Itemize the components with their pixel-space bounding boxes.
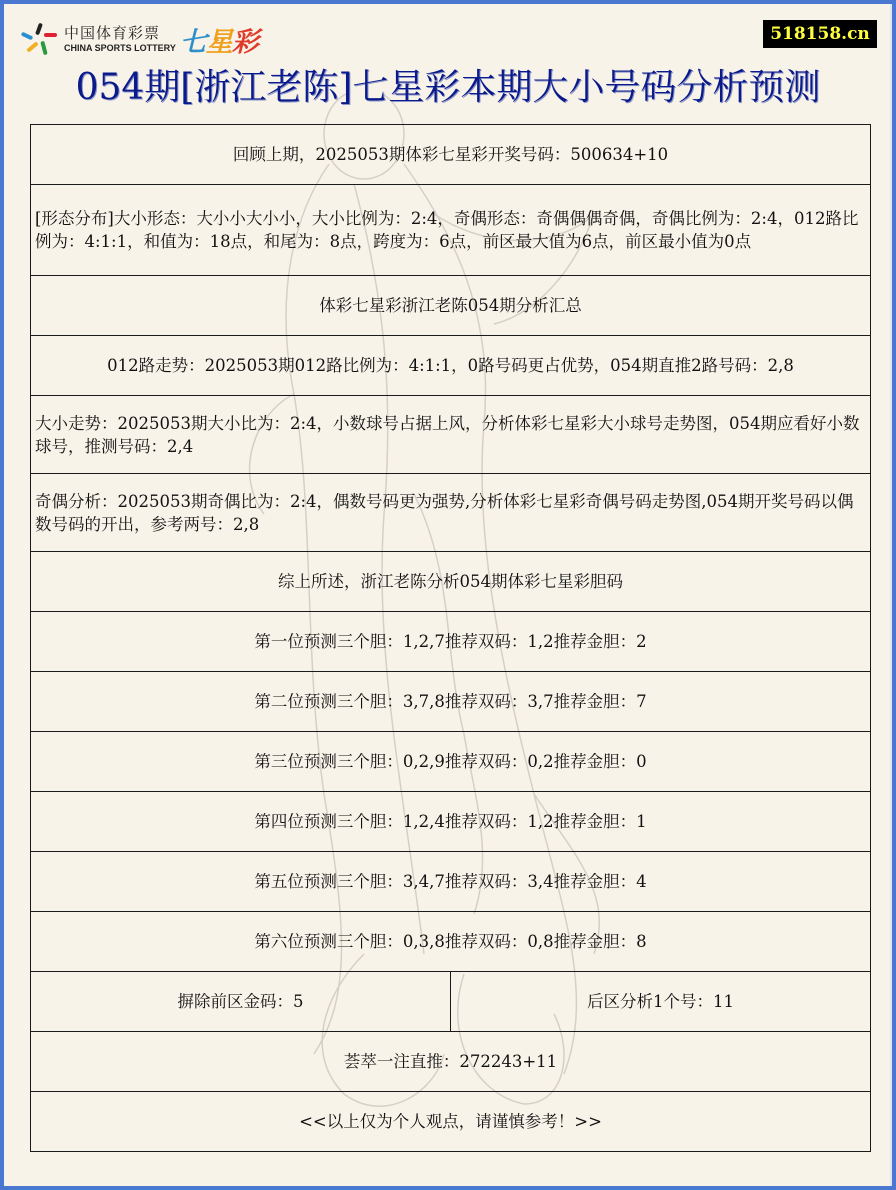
site-badge: 518158.cn	[763, 20, 877, 48]
back-zone-analysis: 后区分析1个号：11	[451, 972, 871, 1032]
table-row: 第三位预测三个胆：0,2,9推荐双码：0,2推荐金胆：0	[31, 732, 871, 792]
position-1-prediction: 第一位预测三个胆：1,2,7推荐双码：1,2推荐金胆：2	[31, 612, 871, 672]
table-row: <<以上仅为个人观点，请谨慎参考！>>	[31, 1092, 871, 1152]
table-row: 回顾上期，2025053期体彩七星彩开奖号码：500634+10	[31, 125, 871, 185]
position-4-prediction: 第四位预测三个胆：1,2,4推荐双码：1,2推荐金胆：1	[31, 792, 871, 852]
table-row: [形态分布]大小形态：大小小大小小，大小比例为：2:4，奇偶形态：奇偶偶偶奇偶，…	[31, 185, 871, 276]
summary-title: 体彩七星彩浙江老陈054期分析汇总	[31, 276, 871, 336]
page-frame: 中国体育彩票 CHINA SPORTS LOTTERY 七星彩 518158.c…	[4, 4, 892, 1186]
analysis-table: 回顾上期，2025053期体彩七星彩开奖号码：500634+10 [形态分布]大…	[30, 124, 871, 1152]
table-row: 第六位预测三个胆：0,3,8推荐双码：0,8推荐金胆：8	[31, 912, 871, 972]
position-3-prediction: 第三位预测三个胆：0,2,9推荐双码：0,2推荐金胆：0	[31, 732, 871, 792]
conclusion: 综上所述，浙江老陈分析054期体彩七星彩胆码	[31, 552, 871, 612]
lottery-star-icon	[20, 21, 58, 57]
table-row: 荟萃一注直推：272243+11	[31, 1032, 871, 1092]
table-row: 第一位预测三个胆：1,2,7推荐双码：1,2推荐金胆：2	[31, 612, 871, 672]
table-row: 大小走势：2025053期大小比为：2:4，小数球号占据上风，分析体彩七星彩大小…	[31, 396, 871, 474]
table-row: 体彩七星彩浙江老陈054期分析汇总	[31, 276, 871, 336]
exclude-front-code: 摒除前区金码：5	[31, 972, 451, 1032]
road-012-trend: 012路走势：2025053期012路比例为：4:1:1，0路号码更占优势，05…	[31, 336, 871, 396]
table-row: 012路走势：2025053期012路比例为：4:1:1，0路号码更占优势，05…	[31, 336, 871, 396]
page-title: 054期[浙江老陈]七星彩本期大小号码分析预测	[4, 64, 892, 112]
direct-pick: 荟萃一注直推：272243+11	[31, 1032, 871, 1092]
table-row: 奇偶分析：2025053期奇偶比为：2:4，偶数号码更为强势,分析体彩七星彩奇偶…	[31, 474, 871, 552]
china-sports-lottery-logo: 中国体育彩票 CHINA SPORTS LOTTERY 七星彩	[20, 18, 258, 60]
position-5-prediction: 第五位预测三个胆：3,4,7推荐双码：3,4推荐金胆：4	[31, 852, 871, 912]
logo-chinese-text: 中国体育彩票	[64, 26, 176, 41]
table-row: 第二位预测三个胆：3,7,8推荐双码：3,7推荐金胆：7	[31, 672, 871, 732]
position-6-prediction: 第六位预测三个胆：0,3,8推荐双码：0,8推荐金胆：8	[31, 912, 871, 972]
last-draw-review: 回顾上期，2025053期体彩七星彩开奖号码：500634+10	[31, 125, 871, 185]
size-trend: 大小走势：2025053期大小比为：2:4，小数球号占据上风，分析体彩七星彩大小…	[31, 396, 871, 474]
pattern-distribution: [形态分布]大小形态：大小小大小小，大小比例为：2:4，奇偶形态：奇偶偶偶奇偶，…	[31, 185, 871, 276]
table-row: 第五位预测三个胆：3,4,7推荐双码：3,4推荐金胆：4	[31, 852, 871, 912]
table-row: 综上所述，浙江老陈分析054期体彩七星彩胆码	[31, 552, 871, 612]
table-row: 第四位预测三个胆：1,2,4推荐双码：1,2推荐金胆：1	[31, 792, 871, 852]
logo-english-text: CHINA SPORTS LOTTERY	[64, 44, 176, 53]
position-2-prediction: 第二位预测三个胆：3,7,8推荐双码：3,7推荐金胆：7	[31, 672, 871, 732]
disclaimer: <<以上仅为个人观点，请谨慎参考！>>	[31, 1092, 871, 1152]
odd-even-analysis: 奇偶分析：2025053期奇偶比为：2:4，偶数号码更为强势,分析体彩七星彩奇偶…	[31, 474, 871, 552]
table-row: 摒除前区金码：5 后区分析1个号：11	[31, 972, 871, 1032]
qixingcai-brand: 七星彩	[180, 20, 258, 59]
